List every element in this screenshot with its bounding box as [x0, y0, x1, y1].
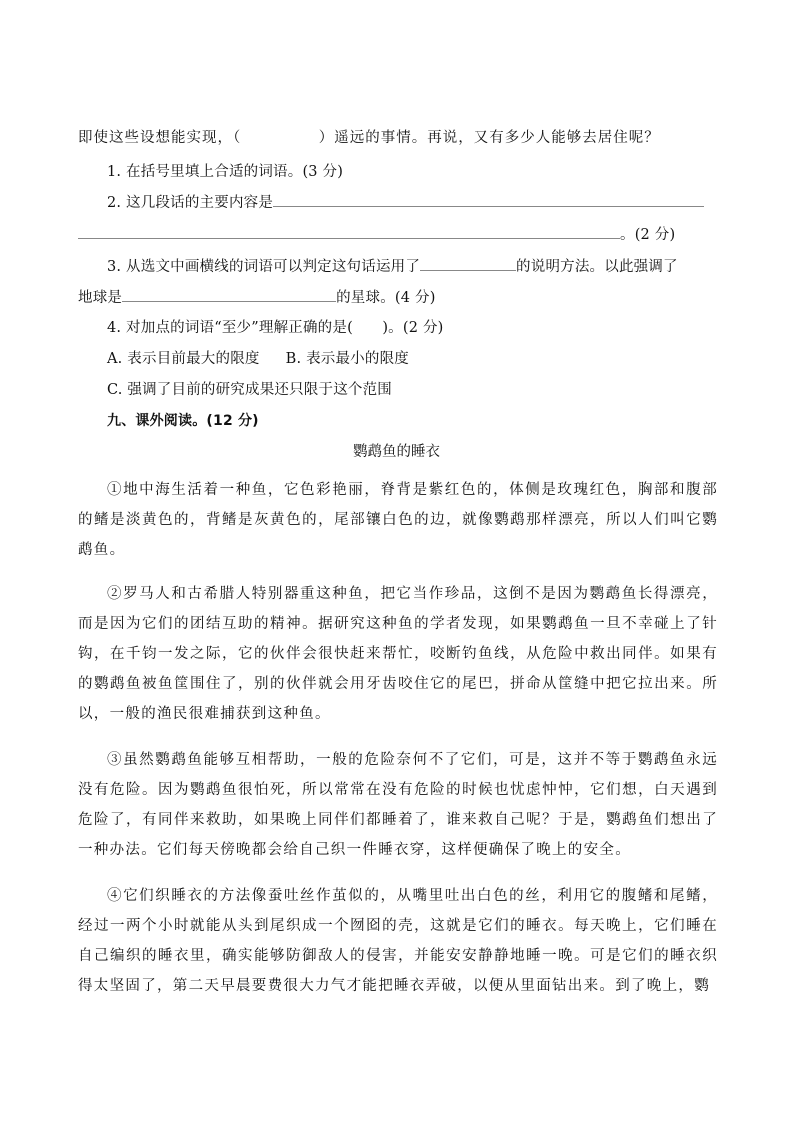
- answer-blank-2b[interactable]: [78, 224, 620, 239]
- article-paragraph-2: ②罗马人和古希腊人特别器重这种鱼，把它当作珍品，这倒不是因为鹦鹉鱼长得漂亮，而是…: [78, 579, 718, 729]
- article-paragraph-3: ③虽然鹦鹉鱼能够互相帮助，一般的危险奈何不了它们，可是，这并不等于鹦鹉鱼永远没有…: [78, 745, 718, 865]
- article-title: 鹦鹉鱼的睡衣: [0, 442, 793, 462]
- answer-blank-2a[interactable]: [273, 192, 704, 207]
- question-2-line-2: 。(2 分): [78, 224, 718, 245]
- passage-text-after: ）遥远的事情。再说，又有多少人能够去居住呢？: [319, 130, 660, 146]
- question-2-line-1: 2. 这几段话的主要内容是: [107, 192, 747, 213]
- question-3-score: 的星球。(4 分): [336, 290, 435, 306]
- passage-text-before: 即使这些设想能实现，（: [78, 130, 241, 146]
- question-3-line2-text: 地球是: [78, 290, 122, 306]
- question-3-text: 3. 从选文中画横线的词语可以判定这句话运用了: [107, 259, 420, 275]
- section-heading: 九、课外阅读。(12 分): [107, 411, 747, 431]
- question-4: 4. 对加点的词语“至少”理解正确的是( )。(2 分): [107, 318, 747, 338]
- article-paragraph-4: ④它们织睡衣的方法像蚕吐丝作茧似的，从嘴里吐出白色的丝，利用它的腹鳍和尾鳍，经过…: [78, 881, 718, 1001]
- article-paragraph-1: ①地中海生活着一种鱼，它色彩艳丽，脊背是紫红色的，体侧是玫瑰红色，胸部和腹部的鳍…: [78, 475, 718, 565]
- option-a[interactable]: A. 表示目前最大的限度: [107, 351, 260, 367]
- passage-tail-line: 即使这些设想能实现，（ ）遥远的事情。再说，又有多少人能够去居住呢？: [78, 128, 718, 148]
- question-3-line-2: 地球是的星球。(4 分): [78, 287, 718, 308]
- worksheet-page: 即使这些设想能实现，（ ）遥远的事情。再说，又有多少人能够去居住呢？ 1. 在括…: [0, 0, 793, 1122]
- question-4-options-ab: A. 表示目前最大的限度B. 表示最小的限度: [107, 349, 747, 369]
- question-1: 1. 在括号里填上合适的词语。(3 分): [107, 162, 747, 182]
- question-2-score: 。(2 分): [620, 227, 675, 243]
- question-3-line-1: 3. 从选文中画横线的词语可以判定这句话运用了的说明方法。以此强调了: [107, 256, 747, 277]
- option-b[interactable]: B. 表示最小的限度: [286, 351, 409, 367]
- question-3-mid: 的说明方法。以此强调了: [516, 259, 678, 275]
- answer-blank-3a[interactable]: [420, 256, 516, 271]
- answer-blank-3b[interactable]: [122, 287, 336, 302]
- option-c[interactable]: C. 强调了目前的研究成果还只限于这个范围: [107, 380, 747, 400]
- question-2-text: 2. 这几段话的主要内容是: [107, 195, 273, 211]
- paren-blank[interactable]: [241, 130, 319, 146]
